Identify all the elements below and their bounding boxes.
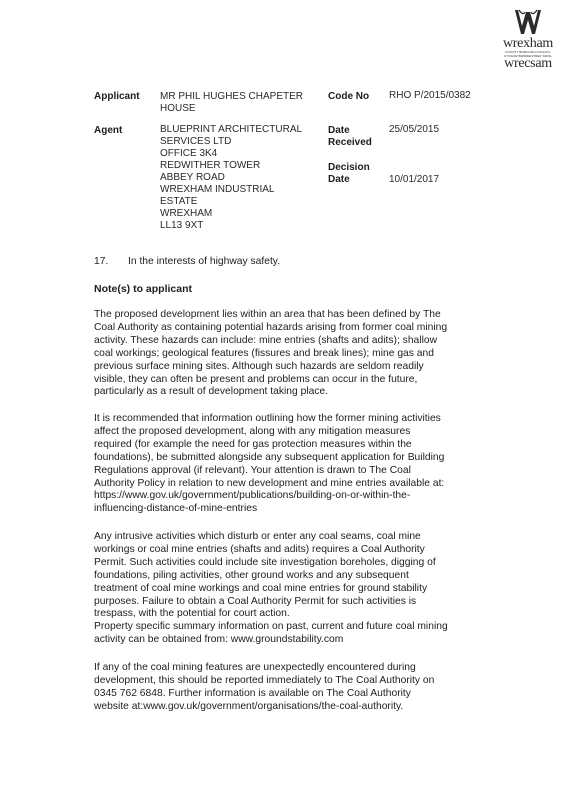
logo-name-cy: wrecsam — [497, 58, 559, 70]
logo-name-en: wrexham — [497, 38, 559, 50]
decision-date-label: Decision Date — [328, 162, 370, 186]
date-received-value: 25/05/2015 — [389, 124, 439, 136]
applicant-value: MR PHIL HUGHES CHAPETER HOUSE — [160, 91, 303, 115]
agent-value: BLUEPRINT ARCHITECTURAL SERVICES LTD OFF… — [160, 124, 302, 232]
date-received-label: Date Received — [328, 125, 372, 149]
policy-link: https://www.gov.uk/government/publicatio… — [94, 490, 524, 503]
code-no-label: Code No — [328, 91, 369, 103]
w-emblem-icon — [513, 8, 543, 38]
document-page: wrexham COUNTY BOROUGH COUNCIL CYNGOR BW… — [0, 0, 570, 800]
condition-number: 17. — [94, 256, 128, 267]
applicant-label: Applicant — [94, 91, 140, 103]
note-paragraph-2: It is recommended that information outli… — [94, 413, 524, 516]
decision-date-value: 10/01/2017 — [389, 174, 439, 186]
condition-text: In the interests of highway safety. — [128, 256, 280, 267]
note-paragraph-4: If any of the coal mining features are u… — [94, 662, 524, 714]
note-paragraph-3: Any intrusive activities which disturb o… — [94, 531, 524, 647]
condition-reason-17: 17.In the interests of highway safety. — [94, 256, 280, 267]
notes-heading: Note(s) to applicant — [94, 283, 192, 295]
note-paragraph-1: The proposed development lies within an … — [94, 309, 524, 399]
council-logo: wrexham COUNTY BOROUGH COUNCIL CYNGOR BW… — [497, 8, 559, 70]
agent-label: Agent — [94, 125, 122, 137]
code-no-value: RHO P/2015/0382 — [389, 90, 471, 102]
